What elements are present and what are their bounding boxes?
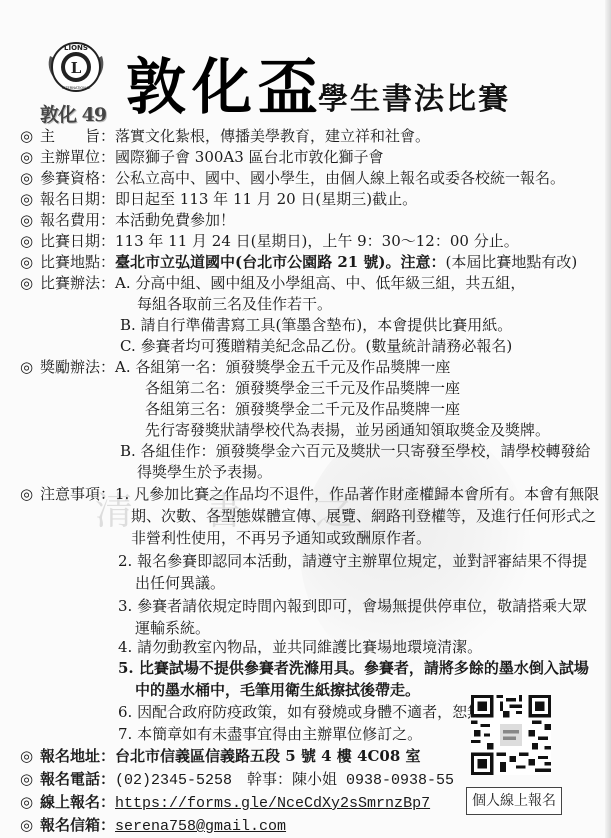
venue-note: (本屆比賽地點有改) xyxy=(446,253,578,271)
rules-item: A. 分高中組、國中組及小學組高、中、低年級三組，共五組， xyxy=(115,274,525,292)
eligibility-label: 參賽資格： xyxy=(40,168,115,188)
notes-item: 非營利性使用，不再另予通知或致酬原作者。 xyxy=(131,528,431,548)
rules-item: C. 參賽者均可獲贈精美紀念品乙份。(數量統計請務必報名) xyxy=(120,336,512,356)
organizer-row: ◎主辦單位：國際獅子會 300A3 區台北市敦化獅子會 xyxy=(20,147,384,167)
page-edge-shadow xyxy=(605,0,611,838)
awards-item: B. 各組佳作：頒發獎學金六百元及獎狀一只寄發至學校，請學校轉發給 xyxy=(120,441,591,461)
contest-date-label: 比賽日期： xyxy=(40,231,115,251)
venue-row: ◎比賽地點：臺北市立弘道國中(台北市公園路 21 號)。注意：(本屆比賽地點有改… xyxy=(20,252,577,272)
reg-date-text: 即日起至 113 年 11 月 20 日(星期三)截止。 xyxy=(115,190,417,208)
qr-code-icon[interactable] xyxy=(471,695,551,775)
reg-date-label: 報名日期： xyxy=(40,189,115,209)
bullet-icon: ◎ xyxy=(20,189,40,209)
rules-item: B. 請自行準備書寫工具(筆墨含墊布)，本會提供比賽用紙。 xyxy=(120,315,512,335)
online-reg-row: ◎線上報名：https://forms.gle/NceCdXy2sSmrnzBp… xyxy=(20,792,430,814)
main-title: 敦化盃 xyxy=(126,40,324,126)
reg-address-row: ◎報名地址：台北市信義區信義路五段 5 號 4 樓 4C08 室 xyxy=(20,746,420,766)
awards-item: A. 各組第一名：頒發獎學金五千元及作品獎牌一座 xyxy=(115,358,450,376)
bullet-icon: ◎ xyxy=(20,231,40,251)
purpose-label: 主 旨： xyxy=(40,126,115,146)
contest-date-text: 113 年 11 月 24 日(星期日)，上午 9：30～12：00 分止。 xyxy=(115,232,519,250)
reg-fee-text: 本活動免費參加！ xyxy=(115,211,235,229)
notes-item: 2. 報名參賽即認同本活動，請遵守主辦單位規定，並對評審結果不得提 xyxy=(118,551,587,571)
reg-fee-label: 報名費用： xyxy=(40,210,115,230)
bullet-icon: ◎ xyxy=(20,815,40,835)
contest-date-row: ◎比賽日期：113 年 11 月 24 日(星期日)，上午 9：30～12：00… xyxy=(20,231,519,251)
bullet-icon: ◎ xyxy=(20,210,40,230)
online-reg-label: 線上報名： xyxy=(40,792,115,812)
notes-item: 7. 本簡章如有未盡事宜得由主辦單位修訂之。 xyxy=(118,724,422,744)
notes-row: ◎注意事項：1. 凡參加比賽之作品均不退件，作品著作財產權歸本會所有。本會有無限 xyxy=(20,484,599,504)
reg-date-row: ◎報名日期：即日起至 113 年 11 月 20 日(星期三)截止。 xyxy=(20,189,417,209)
notes-item: 4. 請勿動教室內物品，並共同維護比賽場地環境清潔。 xyxy=(118,637,482,657)
organizer-label: 主辦單位： xyxy=(40,147,115,167)
bullet-icon: ◎ xyxy=(20,273,40,293)
bullet-icon: ◎ xyxy=(20,484,40,504)
svg-text:LIONS: LIONS xyxy=(64,44,88,52)
bullet-icon: ◎ xyxy=(20,147,40,167)
bullet-icon: ◎ xyxy=(20,252,40,272)
rules-row: ◎比賽辦法：A. 分高中組、國中組及小學組高、中、低年級三組，共五組， xyxy=(20,273,525,293)
reg-address-label: 報名地址： xyxy=(40,746,115,766)
lions-club-logo-icon: L LIONS INTERNATIONAL xyxy=(46,38,106,96)
purpose-row: ◎主 旨：落實文化紮根，傳播美學教育，建立祥和社會。 xyxy=(20,126,430,146)
notes-label: 注意事項： xyxy=(40,484,115,504)
online-reg-link[interactable]: https://forms.gle/NceCdXy2sSmrnzBp7 xyxy=(115,795,430,812)
bullet-icon: ◎ xyxy=(20,746,40,766)
awards-row: ◎獎勵辦法：A. 各組第一名：頒發獎學金五千元及作品獎牌一座 xyxy=(20,357,450,377)
venue-text: 臺北市立弘道國中(台北市公園路 21 號)。注意： xyxy=(115,253,446,271)
bullet-icon: ◎ xyxy=(20,168,40,188)
awards-label: 獎勵辦法： xyxy=(40,357,115,377)
awards-item: 各組第三名：頒發獎學金二千元及作品獎牌一座 xyxy=(145,399,460,419)
reg-address-text: 台北市信義區信義路五段 5 號 4 樓 4C08 室 xyxy=(115,747,420,765)
reg-phone-row: ◎報名電話：(02)2345-5258 幹事：陳小姐 0938-0938-55 xyxy=(20,769,454,791)
rules-item: 每組各取前三名及佳作若干。 xyxy=(137,294,332,314)
reg-email-link[interactable]: serena758@gmail.com xyxy=(115,818,286,835)
awards-item: 先行寄發獎狀請學校代為表揚，並另函通知領取獎金及獎牌。 xyxy=(145,420,550,440)
venue-label: 比賽地點： xyxy=(40,252,115,272)
notes-item: 中的墨水桶中，毛筆用衛生紙擦拭後帶走。 xyxy=(135,680,420,700)
awards-item: 各組第二名：頒發獎學金三千元及作品獎牌一座 xyxy=(145,378,460,398)
svg-text:L: L xyxy=(71,59,82,77)
reg-fee-row: ◎報名費用：本活動免費參加！ xyxy=(20,210,235,230)
bullet-icon: ◎ xyxy=(20,126,40,146)
eligibility-text: 公私立高中、國中、國小學生，由個人線上報名或委各校統一報名。 xyxy=(115,169,565,187)
flyer-header: L LIONS INTERNATIONAL 敦化 49 敦化盃 學生書法比賽 xyxy=(38,36,598,126)
notes-item: 出任何異議。 xyxy=(135,573,225,593)
eligibility-row: ◎參賽資格：公私立高中、國中、國小學生，由個人線上報名或委各校統一報名。 xyxy=(20,168,565,188)
awards-item: 得獎學生於予表揚。 xyxy=(137,462,272,482)
sub-title: 學生書法比賽 xyxy=(318,74,510,118)
notes-item: 1. 凡參加比賽之作品均不退件，作品著作財產權歸本會所有。本會有無限 xyxy=(115,485,599,503)
club-number-caption: 敦化 49 xyxy=(40,100,106,127)
purpose-text: 落實文化紮根，傳播美學教育，建立祥和社會。 xyxy=(115,127,430,145)
reg-phone-label: 報名電話： xyxy=(40,769,115,789)
bullet-icon: ◎ xyxy=(20,792,40,812)
bullet-icon: ◎ xyxy=(20,769,40,789)
notes-item: 運輸系統。 xyxy=(135,618,210,638)
notes-item: 3. 參賽者請依規定時間內報到即可，會場無提供停車位，敬請搭乘大眾 xyxy=(118,596,587,616)
rules-label: 比賽辦法： xyxy=(40,273,115,293)
flyer-page: 清 書 之 L LIONS INTERNATIONAL 敦化 49 敦化盃 學生… xyxy=(0,0,611,838)
personal-online-registration-button[interactable]: 個人線上報名 xyxy=(466,787,562,815)
notes-item: 5. 比賽試場不提供參賽者洗滌用具。參賽者，請將多餘的墨水倒入試場 xyxy=(118,658,589,678)
reg-phone-text: (02)2345-5258 幹事：陳小姐 0938-0938-55 xyxy=(115,772,454,789)
reg-email-row: ◎報名信箱：serena758@gmail.com xyxy=(20,815,286,837)
reg-email-label: 報名信箱： xyxy=(40,815,115,835)
notes-item: 期、次數、各型態媒體宣傳、展覽、網路刊登權等，及進行任何形式之 xyxy=(131,506,596,526)
svg-text:INTERNATIONAL: INTERNATIONAL xyxy=(62,86,91,90)
bullet-icon: ◎ xyxy=(20,357,40,377)
organizer-text: 國際獅子會 300A3 區台北市敦化獅子會 xyxy=(115,148,384,166)
